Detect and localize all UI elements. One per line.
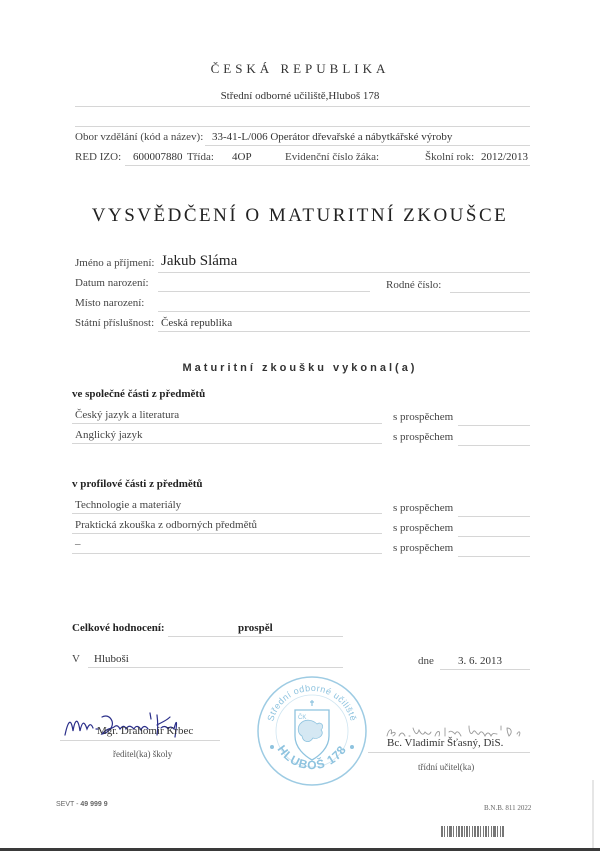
field-of-study-value: 33-41-L/006 Operátor dřevařské a nábytká… (212, 131, 452, 143)
citizenship-label: Státní příslušnost: (75, 317, 154, 329)
subject-name: Technologie a materiály (75, 499, 181, 511)
name-label: Jméno a příjmení: (75, 257, 154, 269)
grade-underline (458, 425, 530, 426)
svg-text:ČK: ČK (298, 714, 306, 721)
director-role: ředitel(ka) školy (113, 749, 172, 759)
citizenship-underline (158, 331, 530, 332)
country-heading: ČESKÁ REPUBLIKA (0, 61, 600, 77)
profile-part-heading: v profilové části z předmětů (72, 478, 203, 490)
name-value: Jakub Sláma (161, 253, 237, 270)
field-of-study-underline (205, 145, 530, 146)
birth-number-label: Rodné číslo: (386, 279, 441, 291)
director-name: Mgr. Drahomír Krbec (97, 725, 193, 737)
grade-label: s prospěchem (393, 522, 453, 534)
class-label: Třída: (187, 151, 214, 163)
overall-result-label: Celkové hodnocení: (72, 622, 165, 634)
birth-number-underline (450, 292, 530, 293)
school-year-label: Školní rok: (425, 151, 474, 163)
info-row-underline (125, 165, 530, 166)
name-underline (158, 272, 530, 273)
form-code-prefix: SEVT - (56, 801, 78, 808)
overall-result-underline (168, 636, 343, 637)
director-signature-line (60, 740, 220, 741)
grade-underline (458, 536, 530, 537)
subject-name: Český jazyk a literatura (75, 409, 179, 421)
place-underline (88, 667, 343, 668)
subject-name: Praktická zkouška z odborných předmětů (75, 519, 257, 531)
red-izo-label: RED IZO: (75, 151, 121, 163)
grade-underline (458, 516, 530, 517)
grade-label: s prospěchem (393, 502, 453, 514)
student-number-label: Evidenční číslo žáka: (285, 151, 379, 163)
school-underline (75, 106, 530, 107)
red-izo-value: 600007880 (133, 151, 183, 163)
birth-place-label: Místo narození: (75, 297, 144, 309)
grade-label: s prospěchem (393, 542, 453, 554)
exam-heading: Maturitní zkoušku vykonal(a) (0, 362, 600, 374)
grade-label: s prospěchem (393, 431, 453, 443)
school-stamp: Střední odborné učiliště HLUBOŠ 178 ČK (255, 674, 369, 788)
date-prefix: dne (418, 655, 434, 667)
place-prefix: V (72, 653, 80, 665)
subject-underline (72, 423, 382, 424)
rule-divider (75, 126, 530, 127)
birth-date-underline (158, 291, 370, 292)
teacher-name: Bc. Vladimír Šťasný, DiS. (387, 737, 503, 749)
subject-name: Anglický jazyk (75, 429, 143, 441)
grade-underline (458, 445, 530, 446)
date-underline (440, 669, 530, 670)
subject-name: – (75, 538, 81, 550)
overall-result-value: prospěl (238, 622, 273, 634)
date-value: 3. 6. 2013 (458, 655, 502, 667)
subject-underline (72, 513, 382, 514)
svg-text:HLUBOŠ 178: HLUBOŠ 178 (275, 742, 350, 772)
field-of-study-label: Obor vzdělání (kód a název): (75, 131, 203, 143)
class-value: 4OP (232, 151, 252, 163)
birth-place-underline (158, 311, 530, 312)
grade-underline (458, 556, 530, 557)
form-code: SEVT - 49 999 9 (56, 801, 108, 808)
grade-label: s prospěchem (393, 411, 453, 423)
document-title: VYSVĚDČENÍ O MATURITNÍ ZKOUŠCE (0, 205, 600, 227)
right-code: B.N.B. 811 2022 (484, 804, 531, 812)
stamp-bottom-text: HLUBOŠ 178 (275, 742, 350, 772)
subject-underline (72, 553, 382, 554)
subject-underline (72, 443, 382, 444)
teacher-role: třídní učitel(ka) (418, 762, 474, 772)
page-edge (592, 780, 594, 848)
place-value: Hluboši (94, 653, 129, 665)
barcode (441, 826, 538, 837)
school-name: Střední odborné učiliště,Hluboš 178 (0, 90, 600, 102)
school-year-value: 2012/2013 (481, 151, 528, 163)
subject-underline (72, 533, 382, 534)
teacher-signature-line (368, 752, 530, 753)
birth-date-label: Datum narození: (75, 277, 149, 289)
form-code-number: 49 999 9 (80, 801, 107, 808)
citizenship-value: Česká republika (161, 317, 232, 329)
common-part-heading: ve společné části z předmětů (72, 388, 205, 400)
